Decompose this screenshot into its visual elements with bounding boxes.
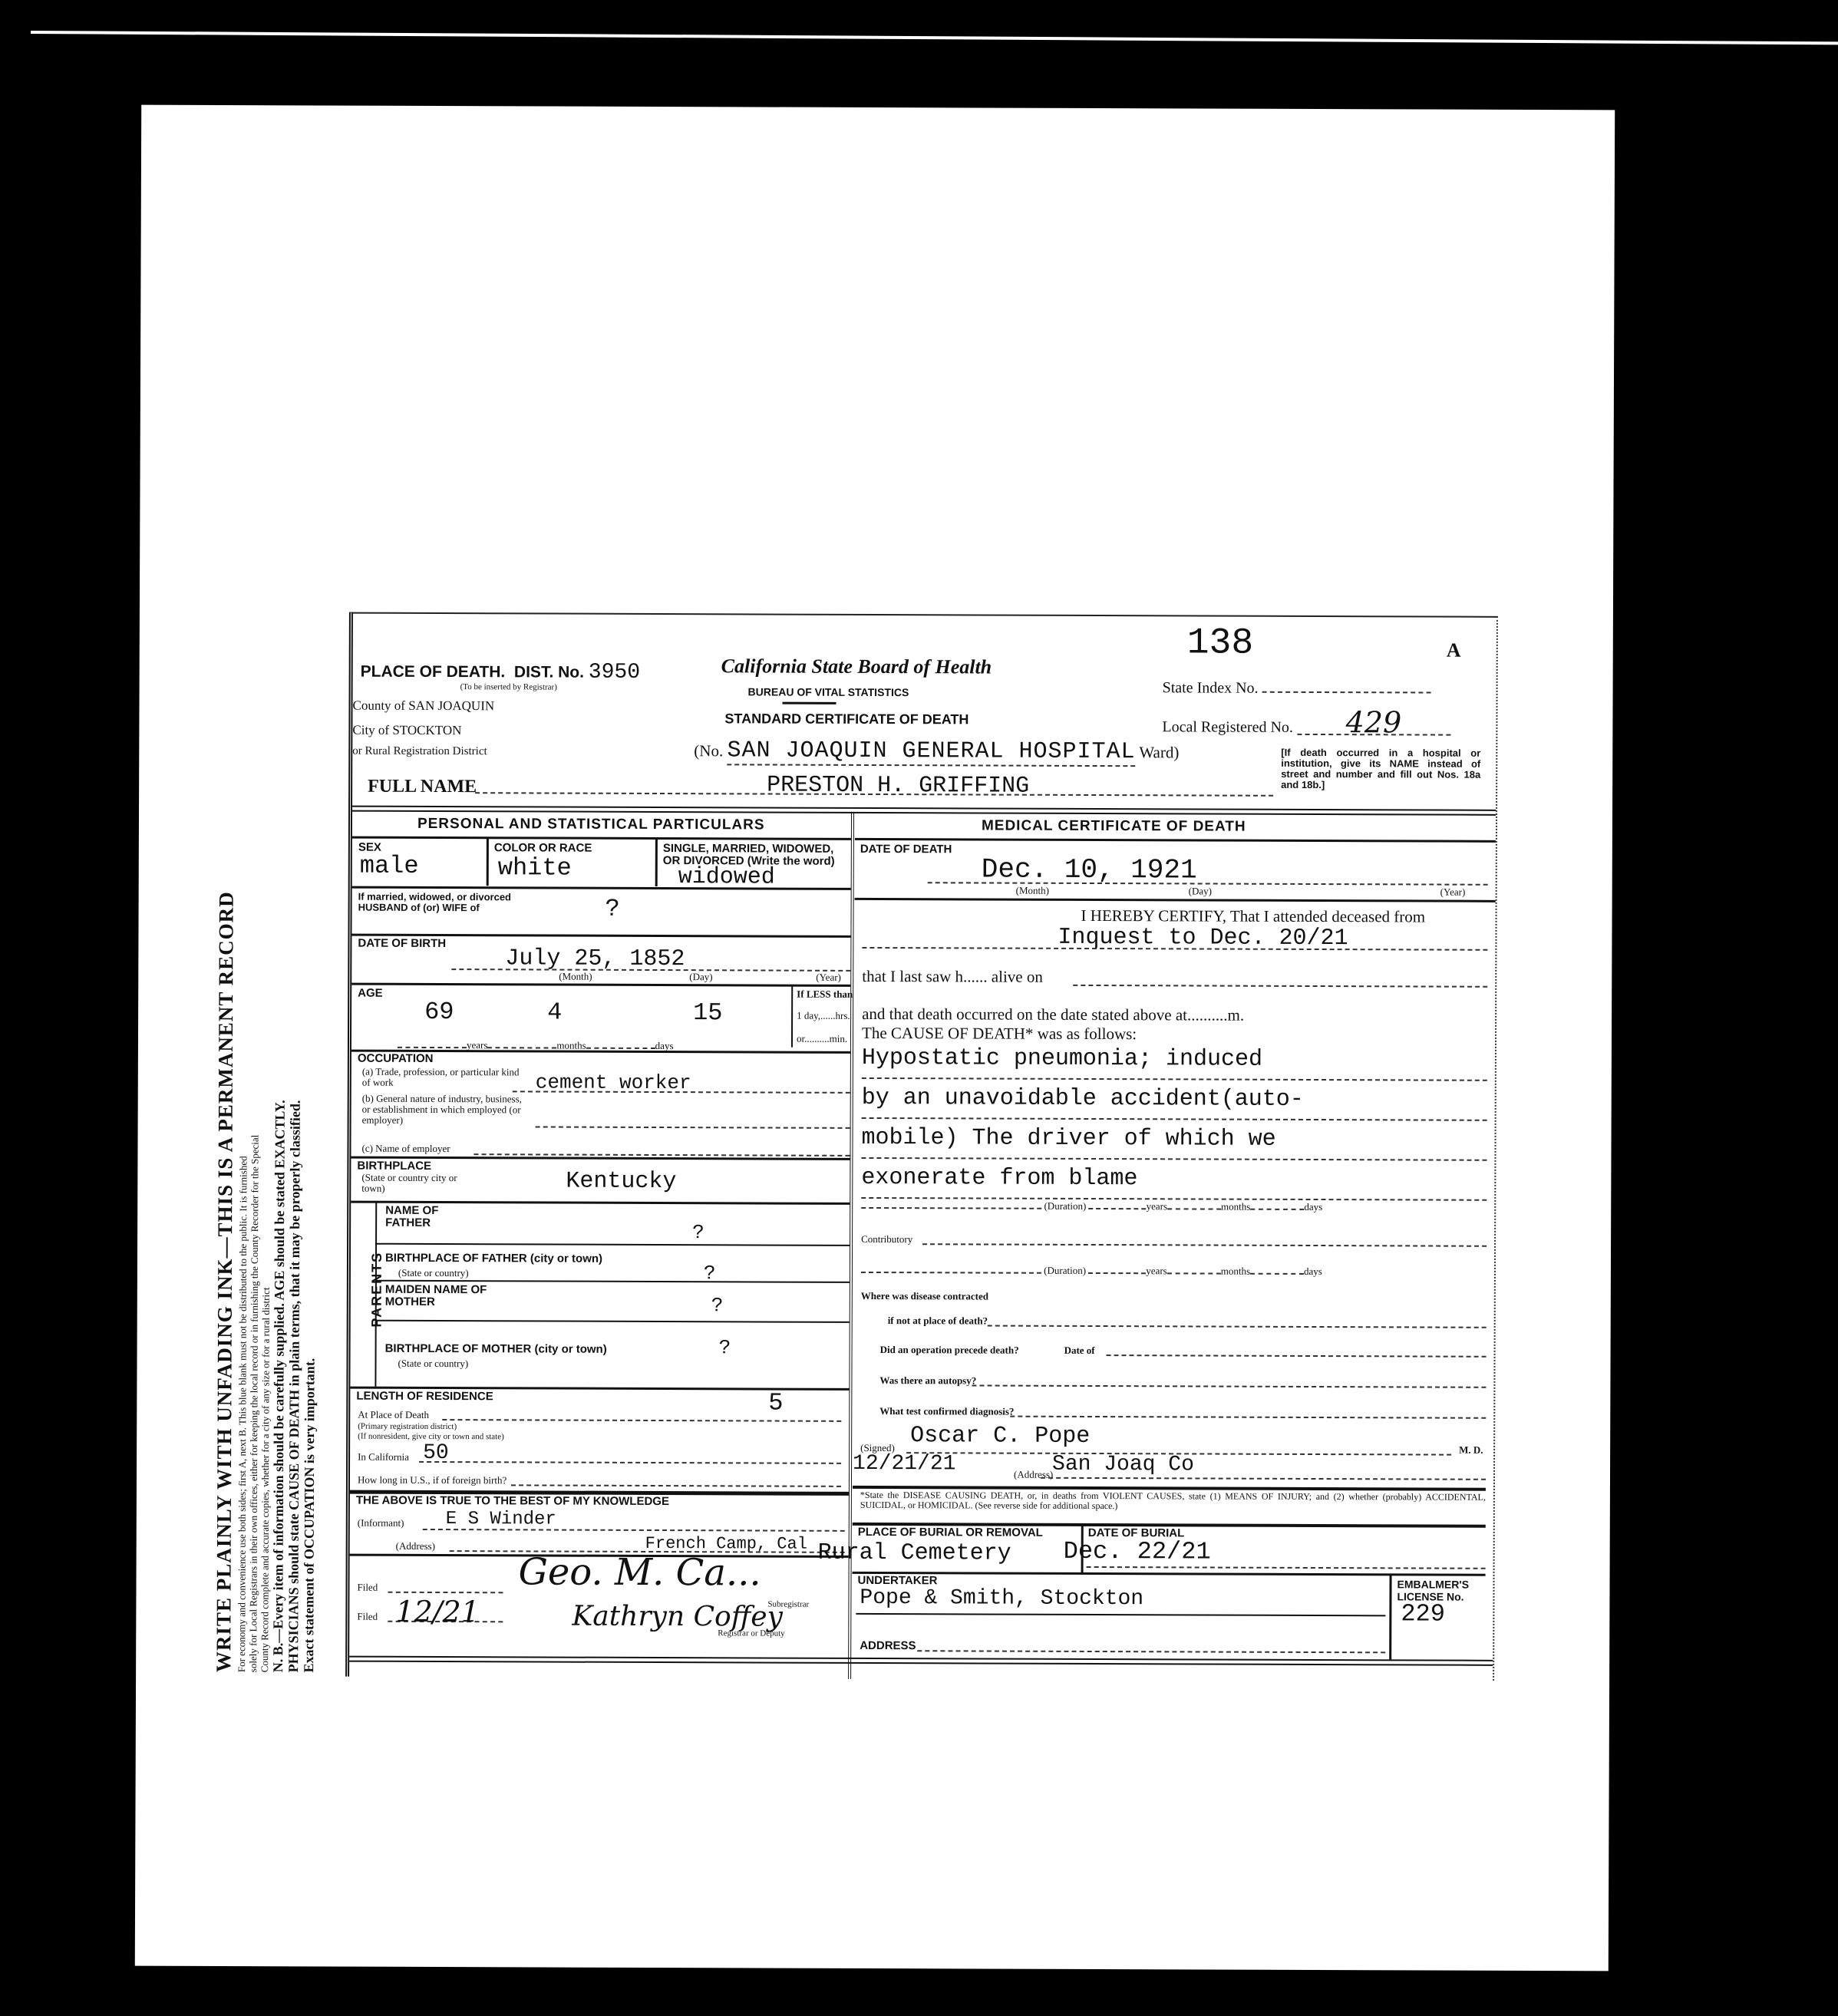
informant-label: (Informant)	[358, 1518, 404, 1529]
hospital-name[interactable]: SAN JOAQUIN GENERAL HOSPITAL	[727, 737, 1135, 767]
physician-signature[interactable]: Oscar C. Pope	[910, 1423, 1090, 1450]
last-saw-text: that I last saw h...... alive on	[862, 967, 1043, 987]
contributory-label: Contributory	[861, 1234, 912, 1245]
registrar-label: Registrar or Deputy	[718, 1628, 784, 1638]
undertaker-address-field[interactable]	[917, 1650, 1385, 1653]
occurred-text: and that death occurred on the date stat…	[862, 1005, 1244, 1025]
race-value[interactable]: white	[498, 853, 572, 882]
birthplace-label: BIRTHPLACE	[357, 1160, 431, 1173]
cell-divider	[487, 838, 489, 886]
father-name-label: NAME OF FATHER	[385, 1205, 477, 1229]
dist-number: 3950	[589, 661, 640, 685]
margin-headline: WRITE PLAINLY WITH UNFADING INK—THIS IS …	[211, 613, 239, 1672]
board-name: California State Board of Health	[721, 655, 992, 678]
residence-place-underline	[442, 1419, 841, 1422]
dob-value[interactable]: July 25, 1852	[505, 945, 685, 972]
signed-date[interactable]: 12/21/21	[853, 1452, 956, 1476]
occupation-label: OCCUPATION	[358, 1053, 434, 1065]
age-days[interactable]: 15	[693, 998, 723, 1027]
residence-us-label: How long in U.S., if of foreign birth?	[358, 1475, 507, 1486]
residence-ca-years[interactable]: 50	[423, 1441, 449, 1465]
physician-address[interactable]: San Joaq Co	[1052, 1453, 1194, 1477]
undertaker-label: UNDERTAKER	[858, 1575, 938, 1587]
date-of-label: Date of	[1064, 1345, 1095, 1356]
duration-label: (Duration)	[1044, 1200, 1086, 1212]
dod-value[interactable]: Dec. 10, 1921	[982, 853, 1197, 886]
operation-date-field[interactable]	[1107, 1354, 1487, 1358]
occ-a-label: (a) Trade, profession, or particular kin…	[362, 1067, 523, 1089]
cell-divider	[655, 839, 658, 886]
local-registered-field[interactable]: 429	[1297, 711, 1450, 736]
parents-label: PARENTS	[369, 1252, 385, 1328]
cell-divider	[1389, 1575, 1391, 1659]
residence-place-label: At Place of Death	[358, 1410, 429, 1420]
full-name-label: FULL NAME	[368, 777, 477, 797]
burial-place-label: PLACE OF BURIAL OR REMOVAL	[858, 1526, 1043, 1539]
months-caption: months	[556, 1040, 586, 1051]
dist-note: (To be inserted by Registrar)	[460, 681, 557, 692]
occ-b-label: (b) General nature of industry, business…	[362, 1094, 531, 1127]
last-saw-field[interactable]	[1073, 985, 1487, 988]
death-certificate: WRITE PLAINLY WITH UNFADING INK—THIS IS …	[211, 612, 1494, 1679]
certificate-frame: 138 A PLACE OF DEATH. DIST. No. 3950 (To…	[345, 612, 1498, 1681]
row-rule	[855, 838, 1496, 843]
age-label: AGE	[358, 988, 383, 1000]
spouse-label: If married, widowed, or divorced HUSBAND…	[358, 892, 535, 914]
employer-field[interactable]	[474, 1153, 850, 1156]
undertaker-value[interactable]: Pope & Smith, Stockton	[860, 1586, 1143, 1611]
scan-artifact-line	[31, 31, 1838, 45]
file-number: 138	[1187, 622, 1254, 664]
dob-year-caption: (Year)	[816, 972, 841, 983]
burial-date-value[interactable]: Dec. 22/21	[1064, 1537, 1211, 1566]
informant-address-label: (Address)	[396, 1541, 435, 1552]
sex-value[interactable]: male	[360, 852, 419, 880]
residence-us-field[interactable]	[511, 1484, 841, 1487]
mother-birthplace-label: BIRTHPLACE OF MOTHER (city or town)	[385, 1343, 607, 1356]
margin-nb: Exact statement of OCCUPATION is very im…	[301, 613, 320, 1672]
embalmer-license[interactable]: 229	[1401, 1599, 1445, 1628]
birthplace-sub: (State or country city or town)	[361, 1173, 469, 1194]
row-rule	[855, 898, 1496, 902]
full-name-value[interactable]: PRESTON H. GRIFFING	[767, 773, 1029, 800]
cause-footnote: *State the DISEASE CAUSING DEATH, or, in…	[860, 1490, 1486, 1513]
test-field[interactable]	[1010, 1416, 1486, 1419]
burial-date-underline	[1087, 1566, 1486, 1569]
county: County of SAN JOAQUIN	[352, 698, 494, 714]
days-caption: days	[655, 1040, 674, 1051]
city: City of STOCKTON	[352, 723, 461, 738]
father-name-value[interactable]: ?	[692, 1221, 705, 1244]
attended-value[interactable]: Inquest to Dec. 20/21	[1058, 925, 1348, 952]
not-at-place-field[interactable]	[988, 1325, 1487, 1328]
mother-birthplace-sub: (State or country)	[398, 1358, 468, 1369]
parents-divider	[375, 1203, 377, 1387]
row-rule	[352, 836, 851, 840]
test-label: What test confirmed diagnosis?	[879, 1406, 1014, 1417]
not-at-place-label: if not at place of death?	[888, 1315, 988, 1326]
less-than-label: If LESS than	[797, 989, 853, 1000]
dob-day-caption: (Day)	[689, 972, 712, 982]
physician-address-underline	[1041, 1477, 1486, 1480]
minutes-field: or..........min.	[797, 1034, 847, 1044]
residence-label: LENGTH OF RESIDENCE	[356, 1391, 493, 1404]
bureau-name: BUREAU OF VITAL STATISTICS	[748, 685, 909, 698]
residence-ca-underline	[419, 1461, 841, 1464]
cause-line[interactable]: Hypostatic pneumonia; induced	[862, 1039, 1487, 1081]
row-rule	[351, 983, 850, 987]
state-index-field[interactable]	[1262, 691, 1431, 694]
sheet-letter: A	[1447, 639, 1461, 662]
personal-section-title: PERSONAL AND STATISTICAL PARTICULARS	[417, 816, 765, 834]
local-registered: Local Registered No. 429	[1162, 710, 1450, 737]
birthplace-value[interactable]: Kentucky	[566, 1169, 676, 1196]
operation-label: Did an operation precede death?	[880, 1345, 1019, 1356]
hospital-note: [If death occurred in a hospital or inst…	[1281, 747, 1480, 791]
burial-place-value[interactable]: Rural Cemetery	[818, 1540, 1011, 1567]
state-index: State Index No.	[1163, 679, 1431, 698]
header-divider	[352, 806, 1496, 816]
occupation-value[interactable]: cement worker	[536, 1071, 691, 1094]
cause-line[interactable]: exonerate from blame	[861, 1159, 1487, 1201]
street-address-line: (No. SAN JOAQUIN GENERAL HOSPITAL Ward)	[694, 737, 1179, 765]
margin-instructions: WRITE PLAINLY WITH UNFADING INK—THIS IS …	[211, 612, 338, 1675]
duration-label: (Duration)	[1044, 1265, 1086, 1276]
cell-divider	[791, 986, 793, 1048]
row-rule	[375, 1320, 850, 1323]
filed-underline	[388, 1592, 503, 1594]
mother-birthplace-value[interactable]: ?	[719, 1336, 731, 1359]
autopsy-field[interactable]	[972, 1384, 1486, 1387]
filed-label: Filed	[357, 1582, 378, 1593]
bottom-rule	[349, 1656, 1493, 1666]
contributory-field[interactable]	[922, 1243, 1487, 1247]
cause-of-death: Hypostatic pneumonia; induced by an unav…	[861, 1039, 1487, 1201]
years-caption: years	[467, 1039, 487, 1051]
age-months[interactable]: 4	[547, 998, 562, 1027]
occ-c-label: (c) Name of employer	[361, 1143, 450, 1154]
row-rule	[375, 1243, 850, 1246]
mother-name-value[interactable]: ?	[711, 1294, 724, 1317]
filed-label-2: Filed	[357, 1612, 378, 1622]
race-label: COLOR OR RACE	[494, 842, 592, 854]
informant-value[interactable]: E S Winder	[446, 1509, 556, 1530]
certificate-title: STANDARD CERTIFICATE OF DEATH	[724, 711, 968, 728]
residence-ca-label: In California	[358, 1452, 409, 1463]
undertaker-address-label: ADDRESS	[860, 1640, 916, 1652]
father-birthplace-sub: (State or country)	[398, 1268, 469, 1279]
undertaker-underline	[856, 1613, 1385, 1616]
spouse-value[interactable]: ?	[606, 895, 620, 923]
rural-district-label: or Rural Registration District	[352, 746, 567, 758]
dod-label: DATE OF DEATH	[860, 843, 952, 856]
filed-date[interactable]: 12/21	[395, 1595, 480, 1628]
age-years[interactable]: 69	[424, 998, 454, 1026]
hours-field: 1 day,......hrs.	[797, 1011, 850, 1021]
md-label: M. D.	[1459, 1445, 1483, 1456]
cause-line[interactable]: mobile) The driver of which we	[861, 1119, 1487, 1161]
medical-section-title: MEDICAL CERTIFICATE OF DEATH	[982, 817, 1246, 835]
where-contracted-label: Where was disease contracted	[861, 1291, 988, 1302]
row-rule	[352, 886, 851, 890]
mother-name-label: MAIDEN NAME OF MOTHER	[385, 1284, 493, 1308]
father-birthplace-label: BIRTHPLACE OF FATHER (city or town)	[385, 1252, 602, 1265]
dob-label: DATE OF BIRTH	[358, 938, 446, 950]
certify-text: I HEREBY CERTIFY, That I attended deceas…	[1081, 906, 1426, 927]
residence-place-days[interactable]: 5	[768, 1389, 783, 1417]
dob-month-caption: (Month)	[559, 972, 592, 982]
title-rule	[783, 702, 837, 704]
occ-b-field[interactable]	[536, 1126, 850, 1128]
subregistrar-signature: Geo. M. Ca...	[518, 1550, 761, 1594]
autopsy-label: Was there an autopsy?	[879, 1375, 976, 1386]
informant-heading: THE ABOVE IS TRUE TO THE BEST OF MY KNOW…	[356, 1495, 669, 1508]
place-of-death-label: PLACE OF DEATH. DIST. No. 3950	[361, 660, 640, 685]
cause-line[interactable]: by an unavoidable accident(auto-	[862, 1079, 1487, 1121]
scanned-page: WRITE PLAINLY WITH UNFADING INK—THIS IS …	[135, 105, 1615, 1971]
